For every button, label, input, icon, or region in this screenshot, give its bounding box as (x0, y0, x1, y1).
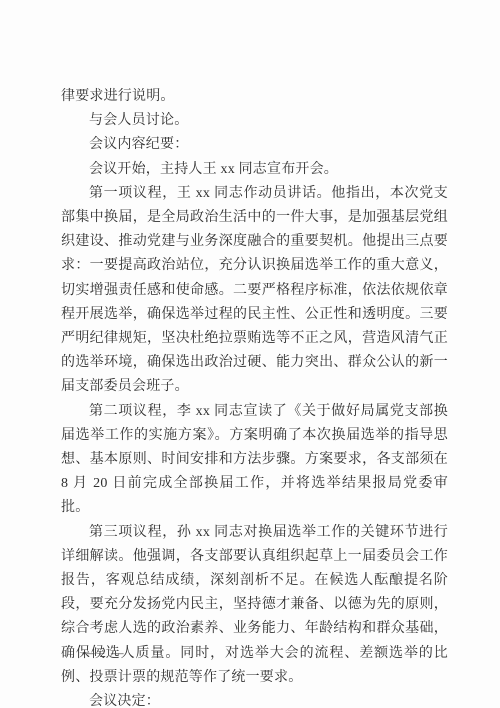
body-paragraph: 会议内容纪要： (61, 133, 448, 157)
body-paragraph-decision-heading: 会议决定： (61, 690, 448, 708)
body-paragraph-agenda-item-2: 第二项议程，李 xx 同志宣读了《关于做好局属党支部换届选举工作的实施方案》。方… (61, 400, 448, 521)
body-paragraph: 会议开始，主持人王 xx 同志宣布开会。 (61, 158, 448, 182)
body-paragraph-agenda-item-3: 第三项议程，孙 xx 同志对换届选举工作的关键环节进行详细解读。他强调，各支部要… (61, 521, 448, 690)
body-paragraph-agenda-item-1: 第一项议程，王 xx 同志作动员讲话。他指出，本次党支部集中换届，是全局政治生活… (61, 182, 448, 400)
body-paragraph: 与会人员讨论。 (61, 109, 448, 133)
page-number: — 2 — (82, 646, 125, 661)
document-body: 律要求进行说明。 与会人员讨论。 会议内容纪要： 会议开始，主持人王 xx 同志… (61, 85, 448, 708)
body-paragraph-continuation: 律要求进行说明。 (61, 85, 448, 109)
document-page: 律要求进行说明。 与会人员讨论。 会议内容纪要： 会议开始，主持人王 xx 同志… (0, 0, 500, 708)
